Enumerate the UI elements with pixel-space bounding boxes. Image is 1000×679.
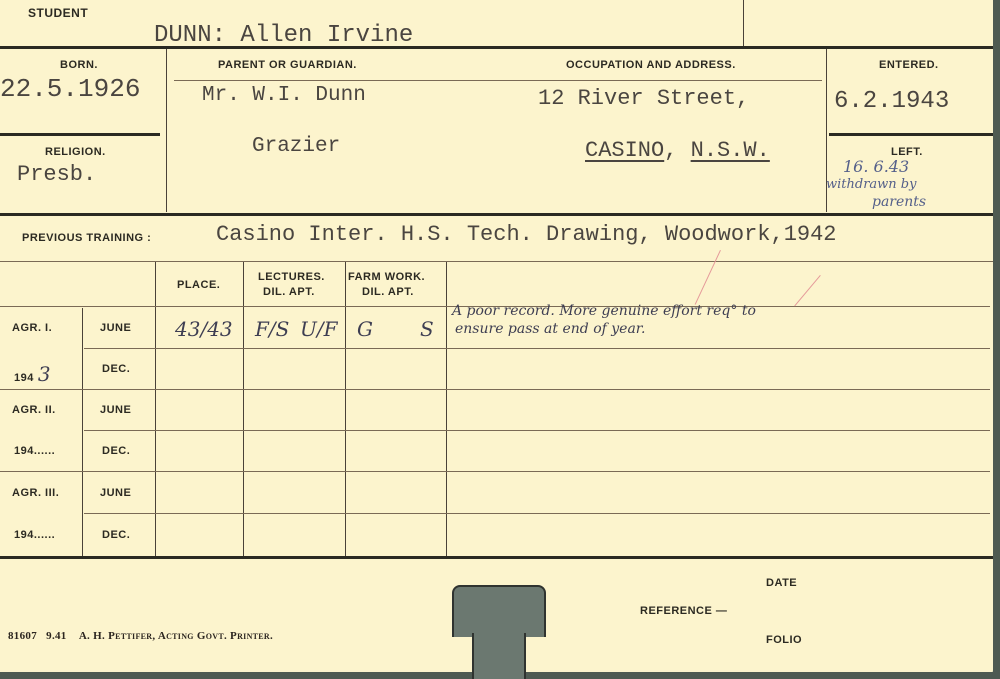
parent-name: Mr. W.I. Dunn [202,84,366,107]
print-line: 81607 9.41 A. H. Pettifer, Acting Govt. … [8,630,273,642]
print-code: 81607 [8,630,37,642]
row-year-label: 1943 [14,362,51,386]
reference-label: REFERENCE — [640,605,727,617]
divider [0,471,990,472]
folio-label: FOLIO [766,634,802,646]
header-lectures-sub: DIL. APT. [263,286,315,298]
entered-value: 6.2.1943 [834,88,949,115]
religion-value: Presb. [17,162,96,187]
row-lectures-dil: F/S [255,317,289,341]
divider [84,513,990,514]
divider [0,389,990,390]
previous-training-label: PREVIOUS TRAINING : [22,232,151,244]
pencil-mark [794,275,820,306]
row-lectures-apt: U/F [300,317,337,341]
row-year-prefix: 194 [14,372,34,384]
row-year-label: AGR. I. [12,322,52,334]
filing-tab-notch [472,633,526,679]
left-date: 16. 6.43 [843,157,909,176]
header-farm-work: FARM WORK. [348,271,425,283]
born-value: 22.5.1926 [0,74,140,104]
row-year-fill: 3 [38,362,51,386]
row-term: JUNE [100,322,131,334]
divider [0,46,993,49]
row-year-label: 194...... [14,445,55,457]
left-note-line1: withdrawn by [826,177,916,192]
header-place: PLACE. [177,279,220,291]
parent-occupation: Grazier [252,135,340,158]
divider [82,308,83,556]
address-label: OCCUPATION AND ADDRESS. [566,59,736,71]
header-farm-work-sub: DIL. APT. [362,286,414,298]
row-term: JUNE [100,487,131,499]
row-year-label: AGR. II. [12,404,56,416]
row-term: DEC. [102,529,130,541]
address-separator: , [664,138,677,163]
row-year-label: 194...... [14,529,55,541]
row-farm-dil: G [357,317,373,341]
row-term: JUNE [100,404,131,416]
row-remark: A poor record. More genuine effort req° … [452,303,756,319]
filing-tab-notch [452,585,546,637]
row-farm-apt: S [420,317,434,341]
background-edge [993,0,1000,679]
divider [174,80,822,81]
divider [0,261,993,262]
student-record-card: STUDENT DUNN: Allen Irvine BORN. 22.5.19… [0,0,993,676]
row-year-label: AGR. III. [12,487,59,499]
header-lectures: LECTURES. [258,271,325,283]
previous-training-value: Casino Inter. H.S. Tech. Drawing, Woodwo… [216,222,837,247]
row-term: DEC. [102,363,130,375]
divider [0,213,993,216]
pencil-mark [695,250,721,305]
born-label: BORN. [60,59,98,71]
row-term: DEC. [102,445,130,457]
address-town: CASINO [585,138,664,163]
divider [166,49,167,212]
religion-label: RELIGION. [45,146,106,158]
printer-name: A. H. Pettifer, Acting Govt. Printer. [79,630,273,642]
address-state: N.S.W. [691,138,770,163]
address-line1: 12 River Street, [538,86,749,111]
divider [84,348,990,349]
print-date: 9.41 [46,630,66,642]
date-label: DATE [766,577,797,589]
student-label: STUDENT [28,6,88,20]
student-name: DUNN: Allen Irvine [154,22,413,49]
divider [0,133,160,136]
divider [84,430,990,431]
parent-label: PARENT OR GUARDIAN. [218,59,357,71]
entered-label: ENTERED. [879,59,939,71]
divider [743,0,744,46]
divider [0,556,993,559]
row-remark: ensure pass at end of year. [455,321,645,337]
divider [829,133,993,136]
row-place: 43/43 [175,317,233,341]
left-note-line2: parents [872,194,926,210]
address-line2: CASINO, N.S.W. [585,138,770,163]
